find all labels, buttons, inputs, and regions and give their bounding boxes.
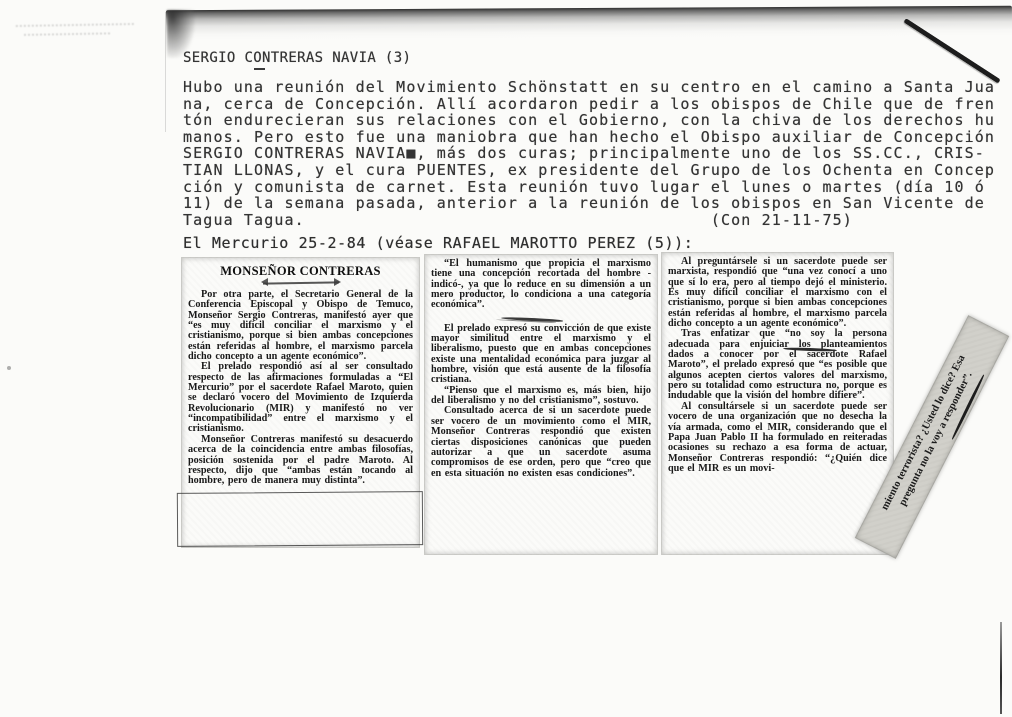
typed-line: ción y comunista de carnet. Esta reunión… — [183, 178, 985, 196]
title-letter-underline-mark — [254, 68, 265, 70]
document-title: SERGIO CONTRERAS NAVIA (3) — [183, 50, 411, 66]
clipping-paragraph: Consultado acerca de si un sacerdote pue… — [431, 406, 651, 478]
clipping-paragraph: El prelado respondió así al ser consulta… — [188, 362, 413, 434]
speck-mark — [7, 366, 11, 370]
typed-line: TIAN LLONAS, y el cura PUENTES, ex presi… — [183, 161, 995, 179]
paper-left-edge — [165, 12, 166, 132]
clipping-paragraph: Al consultársele si un sacerdote puede s… — [668, 402, 887, 474]
typed-line: SERGIO CONTRERAS NAVIA■, más dos curas; … — [183, 144, 985, 162]
clipping-paragraph: Tras enfatizar que “no soy la persona ad… — [668, 329, 887, 401]
clipping-paragraph: Al preguntársele si un sacerdote puede s… — [668, 257, 887, 329]
clipping-paragraph: Monseñor Contreras manifestó su desacuer… — [188, 435, 413, 487]
paper-right-edge-line — [1000, 622, 1002, 714]
clipping-headline: MONSEÑOR CONTRERAS — [188, 264, 413, 279]
clipping-column-3: Al preguntársele si un sacerdote puede s… — [661, 252, 894, 555]
photocopy-top-edge — [166, 6, 1012, 40]
typed-line: manos. Pero esto fue una maniobra que ha… — [183, 128, 995, 146]
typed-line: Hubo una reunión del Movimiento Schönsta… — [183, 78, 995, 96]
scanned-document-page: { "colors": { "paper": "#fbfbf9", "newsp… — [0, 0, 1012, 717]
typed-line: na, cerca de Concepción. Allí acordaron … — [183, 95, 995, 113]
pen-box-annotation — [177, 491, 423, 547]
clipping-paragraph: Por otra parte, el Secretario General de… — [188, 290, 413, 362]
clipping-column-2: “El humanismo que propicia el marxismo t… — [424, 254, 658, 555]
faint-stamp-mark — [16, 23, 134, 47]
typed-line: tón endurecieran sus relaciones con el G… — [183, 111, 995, 129]
source-reference-line: El Mercurio 25-2-84 (véase RAFAEL MAROTT… — [183, 234, 693, 252]
pen-arrow-mark — [259, 280, 343, 286]
clipping-paragraph: “Pienso que el marxismo es, más bien, hi… — [431, 386, 651, 407]
typed-line: Tagua Tagua. (Con 21-11-75) — [183, 211, 853, 229]
clipping-paragraph: “El humanismo que propicia el marxismo t… — [431, 259, 651, 311]
typed-line: 11) de la semana pasada, anterior a la r… — [183, 194, 985, 212]
clipping-paragraph: El prelado expresó su convicción de que … — [431, 324, 651, 386]
